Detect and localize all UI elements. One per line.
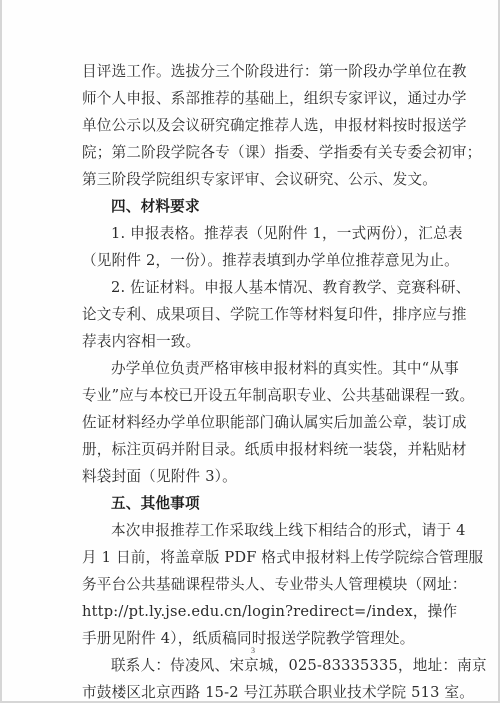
paragraph-line: 月 1 日前，将盖章版 PDF 格式申报材料上传学院综合管理服 xyxy=(82,544,428,571)
address-line: 市鼓楼区北京西路 15-2 号江苏联合职业技术学院 513 室。 xyxy=(82,679,428,705)
paragraph-line: 佐证材料经办学单位职能部门确认属实后加盖公章，装订成 xyxy=(82,409,428,436)
paragraph-line: 2. 佐证材料。申报人基本情况、教育教学、竞赛科研、 xyxy=(82,274,428,301)
page-number: 3 xyxy=(2,646,502,655)
paragraph-line: 本次申报推荐工作采取线上线下相结合的形式，请于 4 xyxy=(82,517,428,544)
paragraph-line: 1. 申报表格。推荐表（见附件 1，一式两份），汇总表 xyxy=(82,220,428,247)
paragraph-line: 单位公示以及会议研究确定推荐人选，申报材料按时报送学 xyxy=(82,112,428,139)
paragraph-line: （见附件 2，一份）。推荐表填到办学单位推荐意见为止。 xyxy=(82,247,428,274)
document-page: 目评选工作。选拔分三个阶段进行：第一阶段办学单位在教 师个人申报、系部推荐的基础… xyxy=(0,0,500,703)
paragraph-line: 册，标注页码并附目录。纸质申报材料统一装袋，并粘贴材 xyxy=(82,436,428,463)
paragraph-line: 院；第二阶段学院各专（课）指委、学指委有关专委会初审； xyxy=(82,139,428,166)
paragraph-line: 办学单位负责严格审核申报材料的真实性。其中“从事 xyxy=(82,355,428,382)
contact-line: 联系人：侍凌风、宋京城，025-83335335，地址：南京 xyxy=(82,652,428,679)
paragraph-line: 第三阶段学院组织专家评审、会议研究、公示、发文。 xyxy=(82,166,428,193)
paragraph-line: 专业”应与本校已开设五年制高职专业、公共基础课程一致。 xyxy=(82,382,428,409)
paragraph-line: 务平台公共基础课程带头人、专业带头人管理模块（网址： xyxy=(82,571,428,598)
section-heading-materials: 四、材料要求 xyxy=(82,193,428,220)
section-heading-other: 五、其他事项 xyxy=(82,490,428,517)
paragraph-line: 荐表内容相一致。 xyxy=(82,328,428,355)
paragraph-line: 论文专利、成果项目、学院工作等材料复印件，排序应与推 xyxy=(82,301,428,328)
paragraph-line: 料袋封面（见附件 3）。 xyxy=(82,463,428,490)
url-line: http://pt.ly.jse.edu.cn/login?redirect=/… xyxy=(82,598,428,625)
paragraph-line: 师个人申报、系部推荐的基础上，组织专家评议，通过办学 xyxy=(82,85,428,112)
paragraph-line: 目评选工作。选拔分三个阶段进行：第一阶段办学单位在教 xyxy=(82,58,428,85)
document-body: 目评选工作。选拔分三个阶段进行：第一阶段办学单位在教 师个人申报、系部推荐的基础… xyxy=(82,58,428,705)
